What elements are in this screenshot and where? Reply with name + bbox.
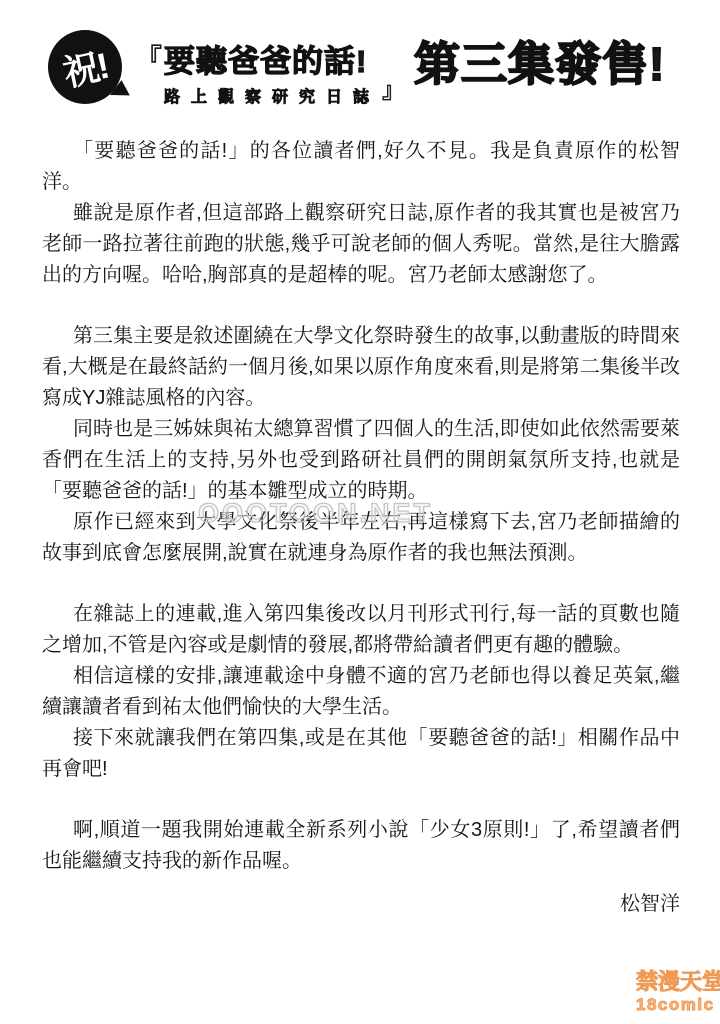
- series-title-group: 『 要聽爸爸的話! 路上觀察研究日誌 』: [136, 36, 404, 107]
- paragraph: 雖說是原作者,但這部路上觀察研究日誌,原作者的我其實也是被宮乃老師一路拉著往前跑…: [42, 198, 680, 291]
- paragraph: 在雜誌上的連載,進入第四集後改以月刊形式刊行,每一話的頁數也隨之增加,不管是內容…: [42, 599, 680, 661]
- paragraph: 啊,順道一題我開始連載全新系列小說「少女3原則!」了,希望讀者們也能繼續支持我的…: [42, 815, 680, 877]
- series-title-block: 要聽爸爸的話! 路上觀察研究日誌: [164, 36, 380, 107]
- page-header: 祝! 『 要聽爸爸的話! 路上觀察研究日誌 』 第三集發售!: [48, 26, 690, 107]
- manga-afterword-page: { "page": { "header": { "badge": "祝!", "…: [0, 0, 720, 1024]
- volume-announcement: 第三集發售!: [414, 28, 665, 94]
- paragraph: 「要聽爸爸的話!」的各位讀者們,好久不見。我是負責原作的松智洋。: [42, 136, 680, 198]
- site-watermark-corner-domain: 18comic: [636, 996, 720, 1013]
- site-watermark-corner-name: 禁漫天堂: [636, 971, 720, 993]
- series-title: 要聽爸爸的話!: [164, 36, 380, 81]
- paragraph: 接下來就讓我們在第四集,或是在其他「要聽爸爸的話!」相關作品中再會吧!: [42, 723, 680, 785]
- paragraph: 相信這樣的安排,讓連載途中身體不適的宮乃老師也得以養足英氣,繼續讓讀者看到祐太他…: [42, 661, 680, 723]
- paragraph: 同時也是三姊妹與祐太總算習慣了四個人的生活,即使如此依然需要萊香們在生活上的支持…: [42, 414, 680, 507]
- celebration-badge: 祝!: [48, 30, 122, 104]
- title-close-bracket: 』: [382, 74, 404, 105]
- afterword-text: 「要聽爸爸的話!」的各位讀者們,好久不見。我是負責原作的松智洋。 雖說是原作者,…: [42, 136, 680, 920]
- series-subtitle: 路上觀察研究日誌: [164, 84, 380, 107]
- author-signature: 松智洋: [42, 889, 680, 920]
- celebration-badge-text: 祝!: [58, 37, 112, 96]
- paragraph: 原作已經來到大學文化祭後半年左右,再這樣寫下去,宮乃老師描繪的故事到底會怎麼展開…: [42, 507, 680, 569]
- site-watermark-corner: 禁漫天堂 18comic: [636, 971, 720, 1013]
- paragraph: 第三集主要是敘述圍繞在大學文化祭時發生的故事,以動畫版的時間來看,大概是在最終話…: [42, 321, 680, 414]
- title-open-bracket: 『: [136, 38, 162, 75]
- speech-bubble-tail: [110, 80, 134, 105]
